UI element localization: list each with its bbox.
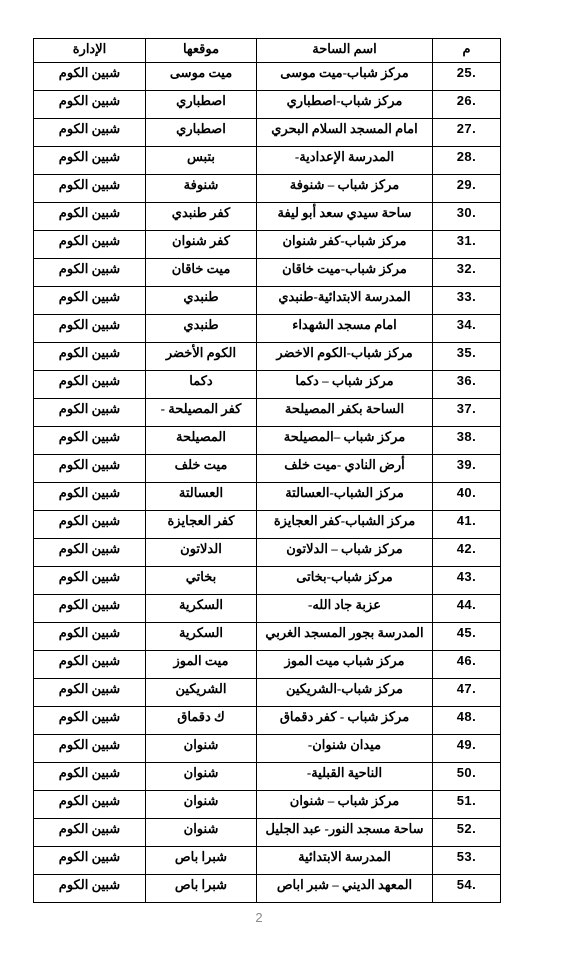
cell-number: .49 [433, 735, 501, 763]
table-row: .36 مركز شباب – دكما دكما شبين الكوم [34, 371, 501, 399]
cell-name: مركز شباب-ميت خاقان [257, 259, 433, 287]
table-row: .40 مركز الشباب-العسالتة العسالتة شبين ا… [34, 483, 501, 511]
table-row: .26 مركز شباب-اصطباري اصطباري شبين الكوم [34, 91, 501, 119]
header-number: م [433, 39, 501, 63]
cell-admin: شبين الكوم [34, 707, 146, 735]
cell-admin: شبين الكوم [34, 427, 146, 455]
cell-admin: شبين الكوم [34, 875, 146, 903]
cell-name: مركز شباب – دكما [257, 371, 433, 399]
cell-name: ميدان شنوان- [257, 735, 433, 763]
cell-number: .39 [433, 455, 501, 483]
cell-name: أرض النادي -ميت خلف [257, 455, 433, 483]
cell-number: .36 [433, 371, 501, 399]
cell-location: دكما [146, 371, 257, 399]
cell-admin: شبين الكوم [34, 679, 146, 707]
cell-admin: شبين الكوم [34, 399, 146, 427]
cell-admin: شبين الكوم [34, 287, 146, 315]
cell-number: .50 [433, 763, 501, 791]
header-name: اسم الساحة [257, 39, 433, 63]
cell-location: العسالتة [146, 483, 257, 511]
table-row: .29 مركز شباب – شنوفة شنوفة شبين الكوم [34, 175, 501, 203]
cell-admin: شبين الكوم [34, 511, 146, 539]
table-row: .43 مركز شباب-بخاتى بخاتي شبين الكوم [34, 567, 501, 595]
cell-name: الساحة بكفر المصيلحة [257, 399, 433, 427]
cell-name: مركز شباب-الشريكين [257, 679, 433, 707]
cell-location: شنوان [146, 763, 257, 791]
cell-location: بخاتي [146, 567, 257, 595]
cell-location: السكرية [146, 623, 257, 651]
table-body: .25 مركز شباب-ميت موسى ميت موسى شبين الك… [34, 63, 501, 903]
cell-location: شبرا باص [146, 847, 257, 875]
cell-location: المصيلحة [146, 427, 257, 455]
cell-admin: شبين الكوم [34, 735, 146, 763]
table-row: .25 مركز شباب-ميت موسى ميت موسى شبين الك… [34, 63, 501, 91]
cell-name: مركز شباب – الدلاتون [257, 539, 433, 567]
table-row: .45 المدرسة بجور المسجد الغربي السكرية ش… [34, 623, 501, 651]
table-row: .48 مركز شباب - كفر دقماق ك دقماق شبين ا… [34, 707, 501, 735]
cell-admin: شبين الكوم [34, 819, 146, 847]
cell-admin: شبين الكوم [34, 539, 146, 567]
table-row: .28 المدرسة الإعدادية- بتبس شبين الكوم [34, 147, 501, 175]
cell-location: كفر المصيلحة - [146, 399, 257, 427]
cell-location: شنوان [146, 735, 257, 763]
cell-number: .41 [433, 511, 501, 539]
cell-admin: شبين الكوم [34, 259, 146, 287]
cell-name: مركز شباب-الكوم الاخضر [257, 343, 433, 371]
cell-name: مركز شباب - كفر دقماق [257, 707, 433, 735]
cell-location: اصطباري [146, 91, 257, 119]
cell-admin: شبين الكوم [34, 483, 146, 511]
cell-admin: شبين الكوم [34, 567, 146, 595]
cell-admin: شبين الكوم [34, 791, 146, 819]
cell-admin: شبين الكوم [34, 315, 146, 343]
cell-number: .37 [433, 399, 501, 427]
cell-number: .46 [433, 651, 501, 679]
cell-name: مركز شباب-بخاتى [257, 567, 433, 595]
cell-admin: شبين الكوم [34, 595, 146, 623]
cell-number: .34 [433, 315, 501, 343]
cell-location: شنوان [146, 819, 257, 847]
cell-number: .27 [433, 119, 501, 147]
cell-number: .42 [433, 539, 501, 567]
table-row: .31 مركز شباب-كفر شنوان كفر شنوان شبين ا… [34, 231, 501, 259]
table-row: .53 المدرسة الابتدائية شبرا باص شبين الك… [34, 847, 501, 875]
table-row: .44 عزبة جاد الله- السكرية شبين الكوم [34, 595, 501, 623]
cell-location: ك دقماق [146, 707, 257, 735]
table-row: .38 مركز شباب –المصيلحة المصيلحة شبين ال… [34, 427, 501, 455]
cell-name: مركز شباب –المصيلحة [257, 427, 433, 455]
table-row: .27 امام المسجد السلام البحري اصطباري شب… [34, 119, 501, 147]
cell-name: مركز الشباب-كفر العجايزة [257, 511, 433, 539]
cell-name: مركز شباب-اصطباري [257, 91, 433, 119]
cell-number: .30 [433, 203, 501, 231]
cell-number: .43 [433, 567, 501, 595]
cell-admin: شبين الكوم [34, 63, 146, 91]
cell-number: .26 [433, 91, 501, 119]
table-head: م اسم الساحة موقعها الإدارة [34, 39, 501, 63]
document-page: م اسم الساحة موقعها الإدارة .25 مركز شبا… [0, 0, 565, 970]
cell-location: شنوان [146, 791, 257, 819]
cell-admin: شبين الكوم [34, 91, 146, 119]
header-location: موقعها [146, 39, 257, 63]
cell-name: الناحية القبلية- [257, 763, 433, 791]
table-row: .37 الساحة بكفر المصيلحة كفر المصيلحة - … [34, 399, 501, 427]
cell-name: المدرسة الابتدائية-طنبدي [257, 287, 433, 315]
cell-number: .33 [433, 287, 501, 315]
cell-number: .28 [433, 147, 501, 175]
table-row: .34 امام مسجد الشهداء طنبدي شبين الكوم [34, 315, 501, 343]
table-row: .47 مركز شباب-الشريكين الشريكين شبين الك… [34, 679, 501, 707]
table-row: .52 ساحة مسجد النور- عبد الجليل شنوان شب… [34, 819, 501, 847]
cell-number: .38 [433, 427, 501, 455]
cell-location: اصطباري [146, 119, 257, 147]
table-row: .50 الناحية القبلية- شنوان شبين الكوم [34, 763, 501, 791]
cell-admin: شبين الكوم [34, 847, 146, 875]
cell-admin: شبين الكوم [34, 175, 146, 203]
cell-location: كفر العجايزة [146, 511, 257, 539]
cell-admin: شبين الكوم [34, 371, 146, 399]
cell-number: .47 [433, 679, 501, 707]
table-row: .32 مركز شباب-ميت خاقان ميت خاقان شبين ا… [34, 259, 501, 287]
cell-number: .45 [433, 623, 501, 651]
cell-name: مركز شباب – شنوفة [257, 175, 433, 203]
cell-number: .31 [433, 231, 501, 259]
cell-name: امام المسجد السلام البحري [257, 119, 433, 147]
cell-number: .29 [433, 175, 501, 203]
cell-name: المعهد الديني – شبر اباص [257, 875, 433, 903]
table-row: .41 مركز الشباب-كفر العجايزة كفر العجايز… [34, 511, 501, 539]
table-row: .35 مركز شباب-الكوم الاخضر الكوم الأخضر … [34, 343, 501, 371]
cell-location: كفر طنبدي [146, 203, 257, 231]
table-row: .46 مركز شباب ميت الموز ميت الموز شبين ا… [34, 651, 501, 679]
cell-location: شبرا باص [146, 875, 257, 903]
cell-admin: شبين الكوم [34, 119, 146, 147]
cell-admin: شبين الكوم [34, 343, 146, 371]
table-row: .30 ساحة سيدي سعد أبو ليفة كفر طنبدي شبي… [34, 203, 501, 231]
cell-number: .32 [433, 259, 501, 287]
cell-admin: شبين الكوم [34, 203, 146, 231]
cell-admin: شبين الكوم [34, 651, 146, 679]
cell-admin: شبين الكوم [34, 231, 146, 259]
cell-location: الشريكين [146, 679, 257, 707]
squares-table: م اسم الساحة موقعها الإدارة .25 مركز شبا… [33, 38, 501, 903]
cell-admin: شبين الكوم [34, 455, 146, 483]
cell-number: .44 [433, 595, 501, 623]
cell-number: .48 [433, 707, 501, 735]
cell-name: مركز شباب-ميت موسى [257, 63, 433, 91]
cell-number: .53 [433, 847, 501, 875]
cell-name: امام مسجد الشهداء [257, 315, 433, 343]
cell-name: عزبة جاد الله- [257, 595, 433, 623]
cell-location: السكرية [146, 595, 257, 623]
cell-name: مركز الشباب-العسالتة [257, 483, 433, 511]
cell-name: مركز شباب ميت الموز [257, 651, 433, 679]
cell-location: طنبدي [146, 287, 257, 315]
cell-location: الكوم الأخضر [146, 343, 257, 371]
cell-location: طنبدي [146, 315, 257, 343]
cell-location: ميت موسى [146, 63, 257, 91]
cell-number: .54 [433, 875, 501, 903]
table-row: .33 المدرسة الابتدائية-طنبدي طنبدي شبين … [34, 287, 501, 315]
cell-admin: شبين الكوم [34, 763, 146, 791]
table-header-row: م اسم الساحة موقعها الإدارة [34, 39, 501, 63]
cell-name: ساحة مسجد النور- عبد الجليل [257, 819, 433, 847]
cell-name: مركز شباب – شنوان [257, 791, 433, 819]
cell-location: كفر شنوان [146, 231, 257, 259]
cell-name: المدرسة الإعدادية- [257, 147, 433, 175]
table-row: .49 ميدان شنوان- شنوان شبين الكوم [34, 735, 501, 763]
cell-location: ميت خلف [146, 455, 257, 483]
cell-number: .25 [433, 63, 501, 91]
cell-number: .51 [433, 791, 501, 819]
page-number: 2 [33, 910, 485, 925]
cell-admin: شبين الكوم [34, 147, 146, 175]
cell-name: المدرسة بجور المسجد الغربي [257, 623, 433, 651]
table-row: .51 مركز شباب – شنوان شنوان شبين الكوم [34, 791, 501, 819]
cell-location: الدلاتون [146, 539, 257, 567]
cell-location: ميت الموز [146, 651, 257, 679]
cell-number: .52 [433, 819, 501, 847]
header-admin: الإدارة [34, 39, 146, 63]
cell-number: .40 [433, 483, 501, 511]
table-row: .39 أرض النادي -ميت خلف ميت خلف شبين الك… [34, 455, 501, 483]
cell-location: شنوفة [146, 175, 257, 203]
cell-location: بتبس [146, 147, 257, 175]
cell-location: ميت خاقان [146, 259, 257, 287]
cell-name: مركز شباب-كفر شنوان [257, 231, 433, 259]
cell-name: ساحة سيدي سعد أبو ليفة [257, 203, 433, 231]
cell-name: المدرسة الابتدائية [257, 847, 433, 875]
table-row: .42 مركز شباب – الدلاتون الدلاتون شبين ا… [34, 539, 501, 567]
table-row: .54 المعهد الديني – شبر اباص شبرا باص شب… [34, 875, 501, 903]
cell-admin: شبين الكوم [34, 623, 146, 651]
cell-number: .35 [433, 343, 501, 371]
